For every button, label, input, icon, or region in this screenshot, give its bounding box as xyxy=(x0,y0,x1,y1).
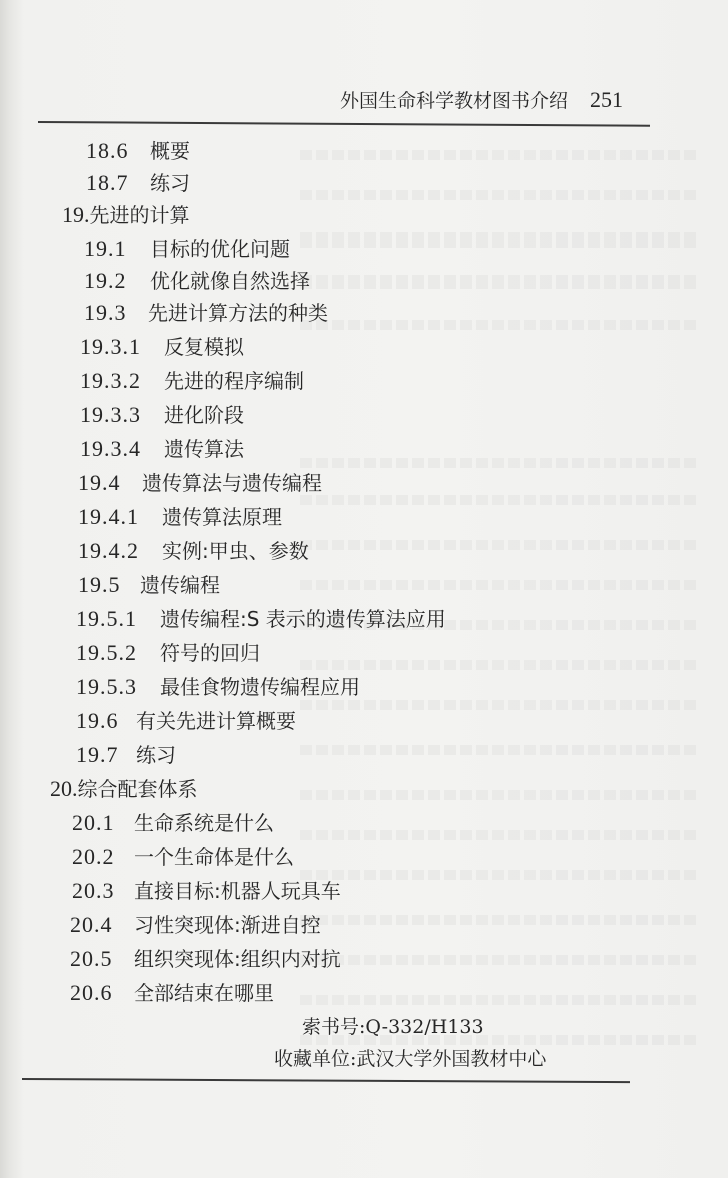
toc-entry-title: 先进的计算 xyxy=(90,203,190,227)
toc-entry-title: 优化就像自然选择 xyxy=(150,269,310,293)
bleed-through-texture xyxy=(300,790,700,800)
toc-chapter: 19.先进的计算 xyxy=(62,200,190,230)
toc-entry-title: 一个生命体是什么 xyxy=(134,845,294,869)
header-rule xyxy=(38,121,650,127)
toc-entry-title: 练习 xyxy=(136,743,176,767)
bleed-through-texture xyxy=(300,320,700,330)
toc-entry-number: 19.7 xyxy=(76,740,136,770)
toc-entry: 19.3.2先进的程序编制 xyxy=(80,366,304,396)
toc-entry-title: 生命系统是什么 xyxy=(134,811,274,835)
bleed-through-texture xyxy=(300,232,700,248)
toc-entry-number: 19.4 xyxy=(78,468,142,498)
toc-entry-title: 遗传编程 xyxy=(140,573,220,597)
toc-entry: 19.7练习 xyxy=(76,740,176,770)
toc-entry-title: 全部结束在哪里 xyxy=(134,981,274,1005)
toc-entry-number: 20.6 xyxy=(70,978,134,1008)
toc-entry-number: 19.6 xyxy=(76,706,136,736)
toc-entry-title: 组织突现体:组织内对抗 xyxy=(134,947,341,971)
toc-entry-title: 遗传算法 xyxy=(164,437,244,461)
bleed-through-texture xyxy=(300,660,700,670)
bleed-through-texture xyxy=(300,745,700,755)
bleed-through-texture xyxy=(300,955,700,965)
toc-entry-number: 19.5.2 xyxy=(76,638,160,668)
running-head: 外国生命科学教材图书介绍251 xyxy=(340,86,623,113)
toc-entry-number: 19. xyxy=(62,200,90,230)
bleed-through-texture xyxy=(300,540,700,550)
toc-entry-title: 遗传算法原理 xyxy=(162,505,282,529)
toc-entry-number: 19.4.1 xyxy=(78,502,162,532)
bleed-through-texture xyxy=(300,275,700,289)
toc-entry-number: 20.4 xyxy=(70,910,134,940)
toc-entry-number: 19.2 xyxy=(84,266,150,296)
toc-entry: 19.1目标的优化问题 xyxy=(84,234,290,264)
toc-entry-number: 19.3.3 xyxy=(80,400,164,430)
toc-entry-number: 20. xyxy=(50,774,78,804)
toc-entry-title: 进化阶段 xyxy=(164,403,244,427)
running-head-title: 外国生命科学教材图书介绍 xyxy=(340,90,568,112)
toc-entry: 19.3.1反复模拟 xyxy=(80,332,244,362)
toc-entry-number: 19.5 xyxy=(78,570,140,600)
toc-entry-title: 先进的程序编制 xyxy=(164,369,304,393)
toc-entry-title: 目标的优化问题 xyxy=(150,237,290,261)
toc-entry: 19.4遗传算法与遗传编程 xyxy=(78,468,322,498)
toc-entry-number: 18.6 xyxy=(86,136,150,166)
bleed-through-texture xyxy=(300,870,700,880)
toc-entry-number: 20.1 xyxy=(72,808,134,838)
toc-entry-number: 20.2 xyxy=(72,842,134,872)
toc-entry: 20.5组织突现体:组织内对抗 xyxy=(70,944,341,974)
page-number: 251 xyxy=(590,87,623,112)
toc-entry: 18.7练习 xyxy=(86,168,190,198)
toc-entry: 20.1生命系统是什么 xyxy=(72,808,274,838)
toc-entry-title: 反复模拟 xyxy=(164,335,244,359)
toc-entry-number: 20.5 xyxy=(70,944,134,974)
bleed-through-texture xyxy=(300,190,700,200)
toc-entry: 19.3先进计算方法的种类 xyxy=(84,298,328,328)
toc-entry-number: 19.3.2 xyxy=(80,366,164,396)
call-number: 索书号:Q-332/H133 xyxy=(302,1012,484,1039)
toc-entry-title: 有关先进计算概要 xyxy=(136,709,296,733)
bleed-through-texture xyxy=(300,580,700,590)
book-page: 外国生命科学教材图书介绍251 18.6概要 18.7练习 19.先进的计算 1… xyxy=(0,0,728,1178)
toc-entry-title: 遗传算法与遗传编程 xyxy=(142,471,322,495)
toc-entry-number: 19.4.2 xyxy=(78,536,162,566)
toc-chapter: 20.综合配套体系 xyxy=(50,774,198,804)
toc-entry: 19.5.1遗传编程:S 表示的遗传算法应用 xyxy=(76,604,446,634)
toc-entry-title: 先进计算方法的种类 xyxy=(148,301,328,325)
toc-entry-number: 19.3.4 xyxy=(80,434,164,464)
toc-entry-number: 19.5.1 xyxy=(76,604,160,634)
toc-entry-number: 18.7 xyxy=(86,168,150,198)
toc-entry-number: 19.3.1 xyxy=(80,332,164,362)
toc-entry-number: 20.3 xyxy=(72,876,134,906)
toc-entry-title: 实例:甲虫、参数 xyxy=(162,539,309,563)
bleed-through-texture xyxy=(300,915,700,925)
toc-entry-number: 19.1 xyxy=(84,234,150,264)
footer-rule xyxy=(22,1078,630,1083)
toc-entry: 19.2优化就像自然选择 xyxy=(84,266,310,296)
holding-unit: 收藏单位:武汉大学外国教材中心 xyxy=(274,1044,546,1071)
bleed-through-texture xyxy=(300,150,700,160)
bleed-through-texture xyxy=(300,458,700,468)
toc-entry: 20.2一个生命体是什么 xyxy=(72,842,294,872)
toc-entry-number: 19.5.3 xyxy=(76,672,160,702)
toc-entry: 19.5.3最佳食物遗传编程应用 xyxy=(76,672,360,702)
toc-entry-title: 最佳食物遗传编程应用 xyxy=(160,675,360,699)
toc-entry-title: 综合配套体系 xyxy=(78,777,198,801)
toc-entry: 19.6有关先进计算概要 xyxy=(76,706,296,736)
toc-entry: 20.3直接目标:机器人玩具车 xyxy=(72,876,341,906)
bleed-through-texture xyxy=(300,700,700,710)
toc-entry: 20.4习性突现体:渐进自控 xyxy=(70,910,321,940)
toc-entry: 19.4.1遗传算法原理 xyxy=(78,502,282,532)
bleed-through-texture xyxy=(300,495,700,505)
toc-entry-title: 练习 xyxy=(150,171,190,195)
toc-entry: 19.5遗传编程 xyxy=(78,570,220,600)
toc-entry-title: 遗传编程:S 表示的遗传算法应用 xyxy=(160,607,446,631)
toc-entry: 20.6全部结束在哪里 xyxy=(70,978,274,1008)
toc-entry: 19.3.4遗传算法 xyxy=(80,434,244,464)
toc-entry: 19.4.2实例:甲虫、参数 xyxy=(78,536,309,566)
bleed-through-texture xyxy=(300,830,700,840)
toc-entry-title: 符号的回归 xyxy=(160,641,260,665)
bleed-through-texture xyxy=(300,995,700,1005)
toc-entry: 18.6概要 xyxy=(86,136,190,166)
toc-entry: 19.3.3进化阶段 xyxy=(80,400,244,430)
toc-entry-title: 习性突现体:渐进自控 xyxy=(134,913,321,937)
toc-entry-title: 直接目标:机器人玩具车 xyxy=(134,879,341,903)
toc-entry-number: 19.3 xyxy=(84,298,148,328)
toc-entry: 19.5.2符号的回归 xyxy=(76,638,260,668)
toc-entry-title: 概要 xyxy=(150,139,190,163)
